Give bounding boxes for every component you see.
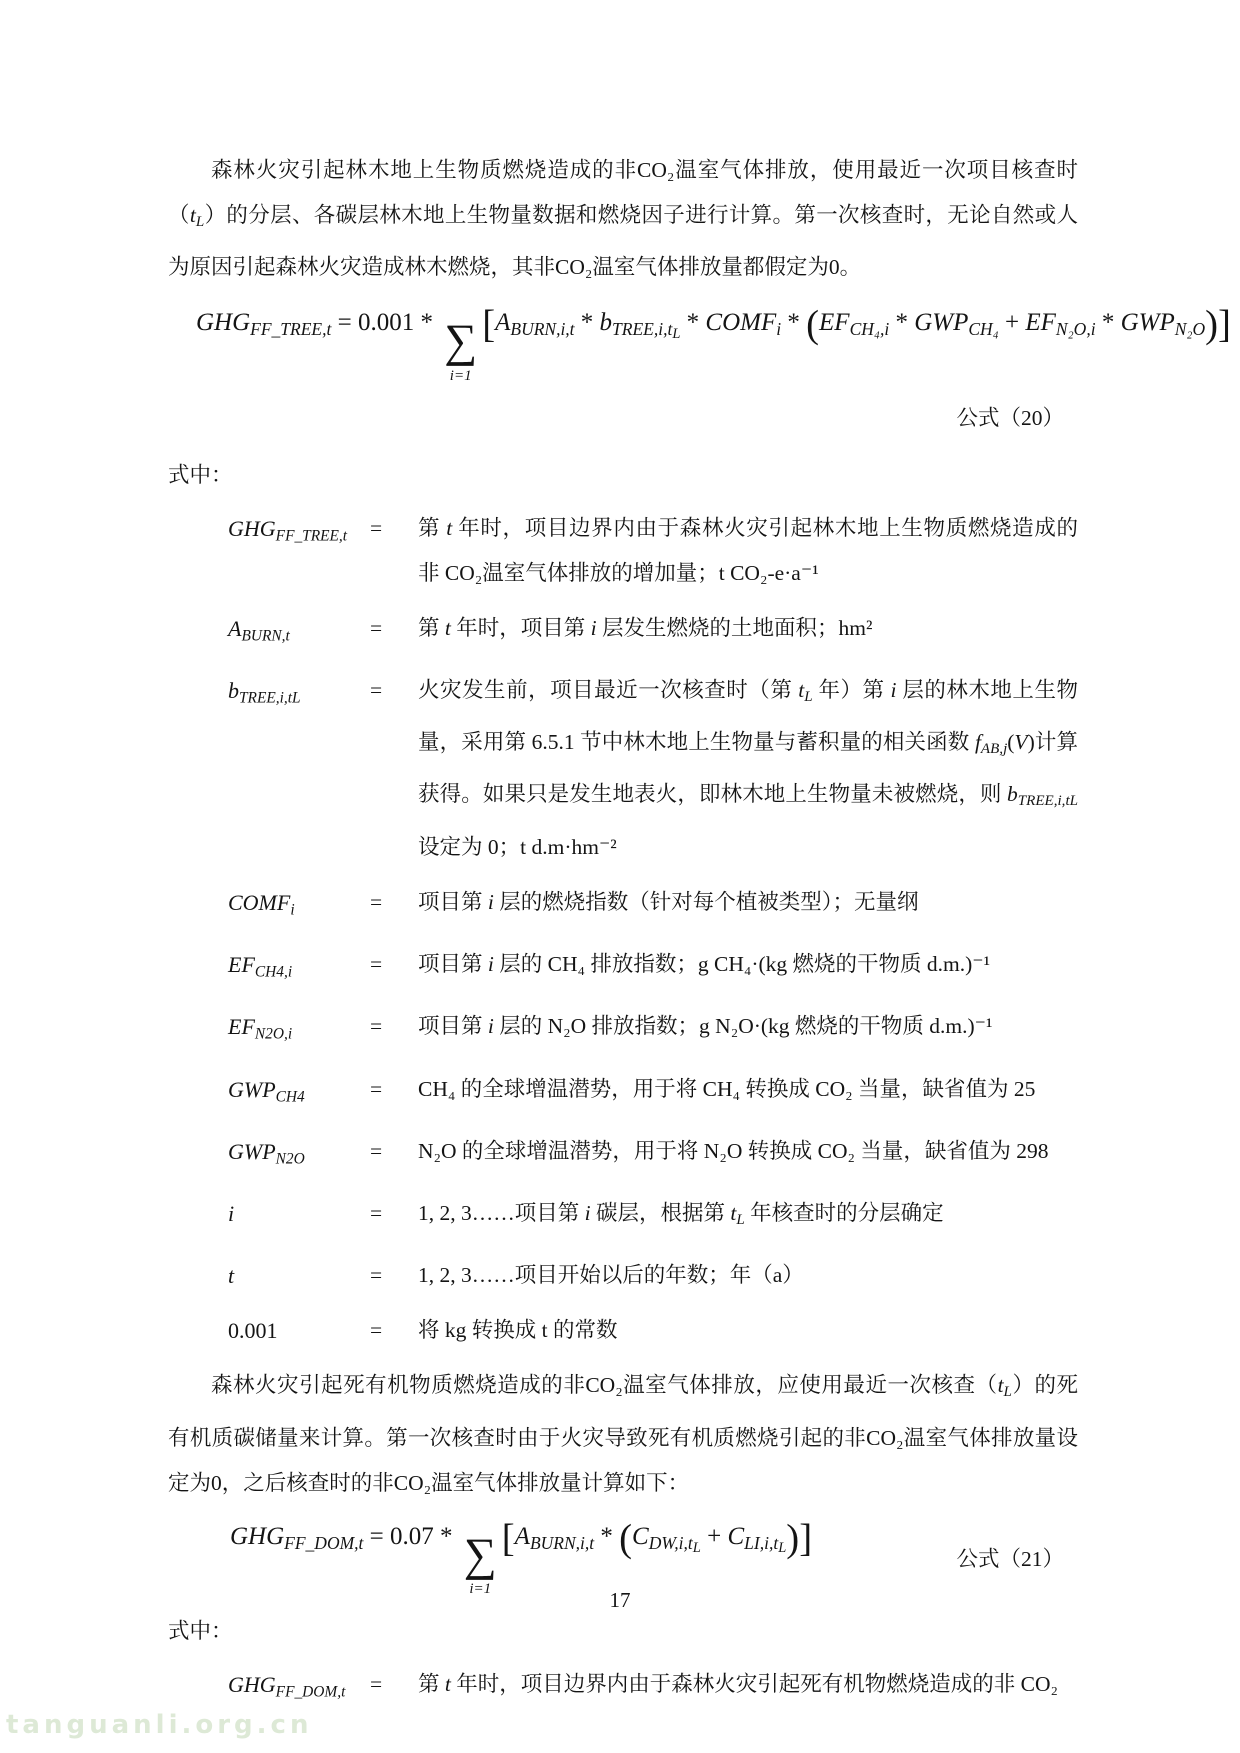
definition-term: t (228, 1253, 370, 1298)
equals-sign: = (370, 1308, 418, 1353)
definition-row: t = 1, 2, 3……项目开始以后的年数；年（a） (168, 1253, 1078, 1298)
definition-row: bTREE,i,tL = 火灾发生前，项目最近一次核查时（第 tL 年）第 i … (168, 668, 1078, 870)
equals-sign: = (370, 1004, 418, 1056)
formula-21: GHGFF_DOM,t = 0.07 * ∑i=1[ABURN,i,t * (C… (230, 1518, 812, 1598)
equals-sign: = (370, 1191, 418, 1243)
definition-term: GWPCH4 (228, 1067, 370, 1119)
equals-sign: = (370, 506, 418, 596)
watermark: tanguanli.org.cn (6, 1710, 312, 1740)
definition-description: CH₄ 的全球增温潜势，用于将 CH₄ 转换成 CO₂ 当量，缺省值为 25 (418, 1067, 1078, 1119)
definition-term: EFN2O,i (228, 1004, 370, 1056)
definition-term: ABURN,t (228, 606, 370, 658)
definition-description: 项目第 i 层的 CH₄ 排放指数；g CH₄·(kg 燃烧的干物质 d.m.)… (418, 942, 1078, 994)
definition-term: COMFi (228, 880, 370, 932)
definition-row: ABURN,t = 第 t 年时，项目第 i 层发生燃烧的土地面积；hm² (168, 606, 1078, 658)
definition-row: GHGFF_DOM,t = 第 t 年时，项目边界内由于森林火灾引起死有机物燃烧… (168, 1662, 1078, 1714)
equals-sign: = (370, 606, 418, 658)
definition-row: EFCH4,i = 项目第 i 层的 CH₄ 排放指数；g CH₄·(kg 燃烧… (168, 942, 1078, 994)
definition-term: bTREE,i,tL (228, 668, 370, 870)
paragraph-1: 森林火灾引起林木地上生物质燃烧造成的非CO₂温室气体排放，使用最近一次项目核查时… (168, 148, 1078, 290)
definition-description: N₂O 的全球增温潜势，用于将 N₂O 转换成 CO₂ 当量，缺省值为 298 (418, 1129, 1078, 1181)
definition-list-2: GHGFF_DOM,t = 第 t 年时，项目边界内由于森林火灾引起死有机物燃烧… (168, 1662, 1078, 1714)
definition-description: 火灾发生前，项目最近一次核查时（第 tL 年）第 i 层的林木地上生物量，采用第… (418, 668, 1078, 870)
definition-row: GWPCH4 = CH₄ 的全球增温潜势，用于将 CH₄ 转换成 CO₂ 当量，… (168, 1067, 1078, 1119)
equals-sign: = (370, 1253, 418, 1298)
definition-term: GWPN2O (228, 1129, 370, 1181)
definition-row: 0.001 = 将 kg 转换成 t 的常数 (168, 1308, 1078, 1353)
definition-description: 将 kg 转换成 t 的常数 (418, 1308, 1078, 1353)
definition-row: GWPN2O = N₂O 的全球增温潜势，用于将 N₂O 转换成 CO₂ 当量，… (168, 1129, 1078, 1181)
where-label-1: 式中： (168, 453, 1078, 498)
equals-sign: = (370, 1662, 418, 1714)
definition-list-1: GHGFF_TREE,t = 第 t 年时，项目边界内由于森林火灾引起林木地上生… (168, 506, 1078, 1354)
formula-21-row: GHGFF_DOM,t = 0.07 * ∑i=1[ABURN,i,t * (C… (168, 1518, 1078, 1598)
document-page: 森林火灾引起林木地上生物质燃烧造成的非CO₂温室气体排放，使用最近一次项目核查时… (0, 0, 1240, 1753)
definition-row: i = 1, 2, 3……项目第 i 碳层，根据第 tL 年核查时的分层确定 (168, 1191, 1078, 1243)
definition-description: 1, 2, 3……项目开始以后的年数；年（a） (418, 1253, 1078, 1298)
formula-20-label: 公式（20） (168, 396, 1078, 441)
page-content: 森林火灾引起林木地上生物质燃烧造成的非CO₂温室气体排放，使用最近一次项目核查时… (168, 148, 1078, 1724)
definition-description: 项目第 i 层的燃烧指数（针对每个植被类型）；无量纲 (418, 880, 1078, 932)
definition-term: GHGFF_DOM,t (228, 1662, 370, 1714)
definition-description: 第 t 年时，项目边界内由于森林火灾引起林木地上生物质燃烧造成的非 CO₂温室气… (418, 506, 1078, 596)
definition-description: 1, 2, 3……项目第 i 碳层，根据第 tL 年核查时的分层确定 (418, 1191, 1078, 1243)
formula-21-label: 公式（21） (956, 1542, 1078, 1573)
equals-sign: = (370, 942, 418, 994)
definition-term: i (228, 1191, 370, 1243)
where-label-2: 式中： (168, 1609, 1078, 1654)
definition-description: 第 t 年时，项目边界内由于森林火灾引起死有机物燃烧造成的非 CO₂ (418, 1662, 1078, 1714)
definition-row: COMFi = 项目第 i 层的燃烧指数（针对每个植被类型）；无量纲 (168, 880, 1078, 932)
definition-description: 项目第 i 层的 N₂O 排放指数；g N₂O·(kg 燃烧的干物质 d.m.)… (418, 1004, 1078, 1056)
definition-description: 第 t 年时，项目第 i 层发生燃烧的土地面积；hm² (418, 606, 1078, 658)
definition-term: 0.001 (228, 1308, 370, 1353)
equals-sign: = (370, 1067, 418, 1119)
definition-term: EFCH4,i (228, 942, 370, 994)
equals-sign: = (370, 668, 418, 870)
page-number: 17 (0, 1588, 1240, 1613)
equals-sign: = (370, 880, 418, 932)
formula-20: GHGFF_TREE,t = 0.001 * ∑i=1[ABURN,i,t * … (196, 304, 1078, 384)
equals-sign: = (370, 1129, 418, 1181)
paragraph-2: 森林火灾引起死有机物质燃烧造成的非CO₂温室气体排放，应使用最近一次核查（tL）… (168, 1363, 1078, 1505)
definition-term: GHGFF_TREE,t (228, 506, 370, 596)
definition-row: EFN2O,i = 项目第 i 层的 N₂O 排放指数；g N₂O·(kg 燃烧… (168, 1004, 1078, 1056)
definition-row: GHGFF_TREE,t = 第 t 年时，项目边界内由于森林火灾引起林木地上生… (168, 506, 1078, 596)
